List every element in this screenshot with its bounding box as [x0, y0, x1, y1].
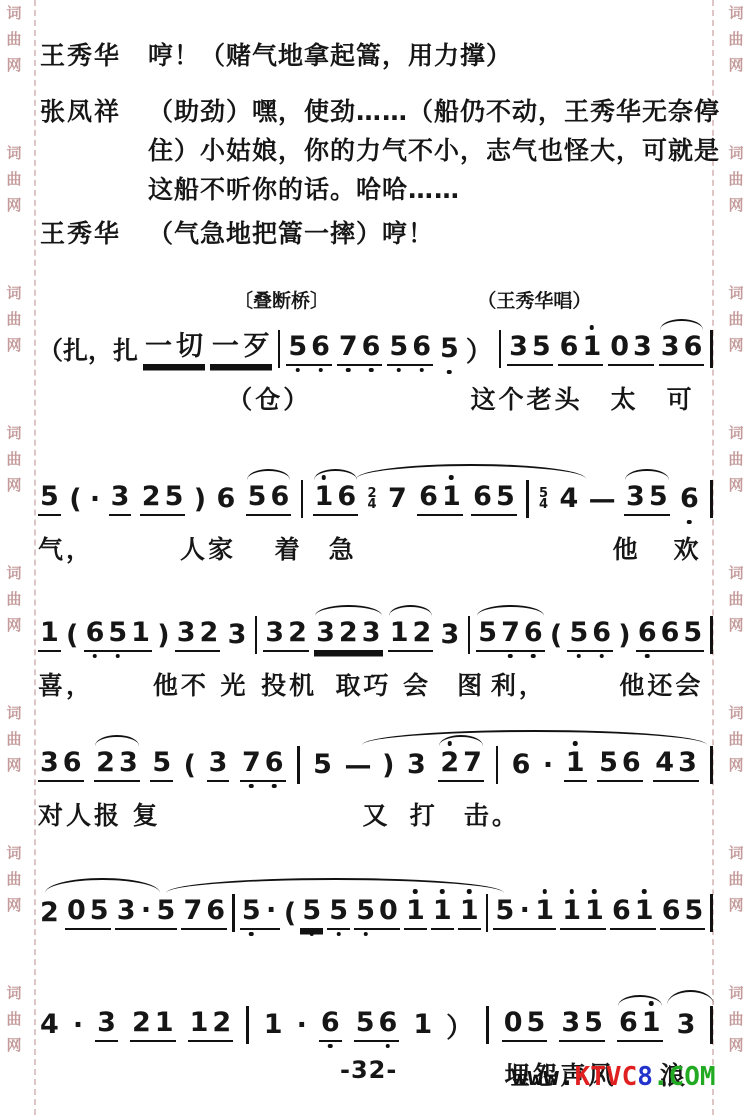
time-signature: 54: [539, 488, 548, 510]
note: 6: [268, 482, 291, 512]
note-group: 3·5: [115, 896, 178, 930]
left-dashed-border: [34, 0, 36, 1115]
note: 6: [659, 618, 682, 648]
dialogue-text: （助劲）嘿，使劲……（船仍不动，王秀华无奈停: [148, 92, 720, 128]
lyric: 图: [457, 666, 485, 702]
note: 5: [494, 482, 517, 512]
note-group: 56: [597, 748, 643, 782]
site-watermark-com: .COM: [653, 1062, 716, 1092]
note-group: 5: [38, 482, 61, 516]
note: 1: [388, 618, 411, 648]
phrase-slur: [356, 464, 586, 479]
note: 5: [300, 896, 323, 926]
note: 0: [65, 896, 88, 926]
note: 3: [624, 482, 647, 512]
note: 一: [143, 332, 174, 362]
note-group: 65: [471, 482, 517, 516]
dialogue-text: 这船不听你的话。哈哈……: [148, 170, 460, 206]
note: ·: [516, 896, 533, 926]
watermark-char: 曲: [728, 866, 743, 892]
note: 3: [207, 748, 230, 778]
note: 0: [377, 896, 400, 926]
note: 0: [502, 1008, 525, 1038]
site-watermark: www.KTVC8.COM: [512, 1062, 716, 1092]
note: 1: [564, 748, 587, 778]
note: 1: [583, 896, 606, 926]
watermark-group: 词曲网: [6, 0, 21, 78]
note: 7: [337, 332, 360, 362]
note-group: 一歹: [210, 332, 272, 366]
note: 3: [675, 1010, 698, 1040]
note-group: 5: [438, 334, 461, 364]
note: 3: [439, 620, 462, 650]
note-group: 6: [214, 484, 237, 514]
barline: [710, 894, 713, 932]
watermark-char: 曲: [6, 26, 21, 52]
lyric: （仓）: [227, 380, 311, 416]
note-group: 03: [608, 332, 654, 366]
note: 6: [610, 896, 633, 926]
parenthesis: ）: [466, 330, 493, 369]
note: 3: [631, 332, 654, 362]
watermark-char: 曲: [728, 726, 743, 752]
sustain-dash: —: [589, 484, 616, 515]
note: 切: [174, 332, 205, 362]
lyric: 对人报: [38, 796, 122, 832]
note: 5: [582, 1008, 605, 1038]
note: 3: [263, 618, 286, 648]
note: 2: [130, 1008, 153, 1038]
barline: [710, 330, 713, 368]
note: 5: [567, 618, 590, 648]
note-group: 5·: [240, 896, 280, 930]
lyric: 着: [275, 530, 303, 566]
note: 1: [533, 896, 556, 926]
note: 5: [240, 896, 263, 926]
note: 3: [360, 618, 383, 648]
note: 5: [647, 482, 670, 512]
note-group: 3: [405, 750, 428, 780]
note: 7: [181, 896, 204, 926]
note-group: 61: [617, 1008, 663, 1042]
note: 5: [163, 482, 186, 512]
watermark-char: 词: [728, 980, 743, 1006]
note-group: 36: [659, 332, 705, 366]
watermark-group: 词曲网: [728, 0, 743, 78]
note: 7: [386, 484, 409, 514]
parenthesis: ): [618, 620, 630, 651]
note-group: 576: [476, 618, 544, 652]
watermark-char: 曲: [728, 26, 743, 52]
note: 5: [286, 332, 309, 362]
note-group: 76: [337, 332, 383, 366]
note: 2: [198, 618, 221, 648]
watermark-char: 曲: [728, 306, 743, 332]
time-signature-digit: 4: [368, 499, 377, 510]
note-group: 35: [624, 482, 670, 516]
note-group: 12: [188, 1008, 234, 1042]
note: 6: [309, 332, 332, 362]
note: 2: [94, 748, 117, 778]
watermark-char: 网: [728, 612, 743, 638]
watermark-char: 词: [6, 840, 21, 866]
watermark-char: 词: [728, 0, 743, 26]
notation-line: 1(651)32332323123576(56)665: [38, 598, 714, 658]
note: 1: [411, 1010, 434, 1040]
barline: [710, 746, 713, 784]
barline: [710, 480, 713, 518]
note: 6: [522, 618, 545, 648]
note: 2: [438, 748, 461, 778]
note-group: 12: [388, 618, 434, 652]
watermark-char: 网: [6, 752, 21, 778]
note-group: 21: [130, 1008, 176, 1042]
note: 1: [640, 1008, 663, 1038]
lyric: 他: [613, 530, 641, 566]
lyrics-line: （仓）这个老头 太 可: [38, 380, 714, 414]
watermark-char: 曲: [728, 166, 743, 192]
dialogue-text: （气急地把篙一摔）哼！: [148, 214, 434, 250]
note: 1: [440, 482, 463, 512]
parenthesis: ): [382, 750, 394, 781]
note-group: 1: [411, 1010, 434, 1040]
barline: [246, 1006, 249, 1044]
speaker-name: 张凤祥: [40, 92, 121, 128]
singer-label: （王秀华唱）: [477, 286, 591, 313]
watermark-char: 网: [728, 752, 743, 778]
note: 6: [214, 484, 237, 514]
barline: [496, 746, 499, 784]
note: 6: [263, 748, 286, 778]
parenthesis: (: [550, 620, 562, 651]
note: 5: [354, 896, 377, 926]
watermark-char: 网: [6, 472, 21, 498]
barline: [468, 616, 471, 654]
watermark-group: 词曲网: [6, 840, 21, 918]
note: 3: [38, 748, 61, 778]
note-group: 7: [386, 484, 409, 514]
site-watermark-8: 8: [637, 1062, 653, 1092]
note: 5: [106, 618, 129, 648]
lyric: 取巧: [335, 666, 391, 702]
watermark-char: 网: [6, 52, 21, 78]
time-signature-digit: 4: [539, 499, 548, 510]
note: 2: [411, 618, 434, 648]
lyric: 人家: [180, 530, 236, 566]
note-group: 6: [319, 1008, 342, 1042]
note-group: 3: [95, 1008, 118, 1042]
phrase-slur: [362, 730, 707, 745]
watermark-char: 网: [6, 892, 21, 918]
lyric: 打: [410, 796, 438, 832]
note-group: 3: [207, 748, 230, 782]
note: 5: [38, 482, 61, 512]
note-group: 76: [240, 748, 286, 782]
note: 4: [653, 748, 676, 778]
note: 3: [405, 750, 428, 780]
watermark-char: 曲: [6, 446, 21, 472]
barline: [710, 1006, 713, 1044]
watermark-char: 曲: [6, 866, 21, 892]
watermark-char: 网: [6, 612, 21, 638]
note: 5: [155, 896, 178, 926]
note: 6: [84, 618, 107, 648]
lyric: 他还会: [619, 666, 703, 702]
note: 7: [499, 618, 522, 648]
note: 7: [461, 748, 484, 778]
note-group: 36: [38, 748, 84, 782]
watermark-char: 曲: [6, 1006, 21, 1032]
parenthesis: (: [69, 484, 81, 515]
note-group: 61: [610, 896, 656, 930]
note: 6: [471, 482, 494, 512]
watermark-char: 曲: [728, 1006, 743, 1032]
note-group: 1: [38, 618, 61, 652]
note: 5: [327, 896, 350, 926]
parenthesis: (: [284, 898, 296, 929]
sheet-music-page: 词曲网词曲网词曲网词曲网词曲网词曲网词曲网词曲网 词曲网词曲网词曲网词曲网词曲网…: [0, 0, 750, 1115]
parenthesis: ): [194, 484, 206, 515]
score-system-1: 〔叠断桥〕（王秀华唱）（扎，扎一切一歹5676565）35610336（仓）这个…: [38, 312, 714, 414]
note: 歹: [241, 332, 272, 362]
watermark-char: 词: [728, 140, 743, 166]
lyric: 利，: [491, 666, 547, 702]
note-group: 27: [438, 748, 484, 782]
watermark-char: 网: [728, 472, 743, 498]
note: 6: [417, 482, 440, 512]
note: 6: [510, 750, 533, 780]
watermark-char: 曲: [6, 726, 21, 752]
phrase-slur: [45, 878, 160, 893]
score-system-2: 5(·325)656162476165544—356气，人家着急他欢: [38, 462, 714, 564]
speaker-name: 王秀华: [40, 214, 121, 250]
note: ·: [263, 896, 280, 926]
note-group: 5·1: [493, 896, 556, 930]
site-watermark-ktvc: KTVC: [575, 1062, 638, 1092]
watermark-char: 词: [6, 560, 21, 586]
note-group: 61: [558, 332, 604, 366]
note: 6: [204, 896, 227, 926]
note-group: 35: [507, 332, 553, 366]
tune-name-label: 〔叠断桥〕: [234, 286, 329, 313]
barline: [486, 1006, 489, 1044]
note-group: 50: [354, 896, 400, 930]
note-group: 5: [300, 896, 323, 930]
watermark-group: 词曲网: [6, 980, 21, 1058]
parenthesis: ）: [446, 1006, 473, 1045]
note: 5: [476, 618, 499, 648]
dialogue-text: 哼！（赌气地拿起篙，用力撑）: [148, 36, 512, 72]
note: 7: [240, 748, 263, 778]
note: 4: [557, 484, 580, 514]
note: 3: [559, 1008, 582, 1038]
note: 5: [597, 748, 620, 778]
score-system-5: 2053·5765·(55501115·1116165: [38, 876, 714, 936]
note: 2: [38, 898, 61, 928]
watermark-group: 词曲网: [728, 140, 743, 218]
augmentation-dot: ·: [90, 484, 100, 515]
note: 1: [153, 1008, 176, 1038]
note-group: 05: [65, 896, 111, 930]
note: 3: [115, 896, 138, 926]
watermark-group: 词曲网: [728, 420, 743, 498]
note-group: 35: [559, 1008, 605, 1042]
note-group: 3: [439, 620, 462, 650]
note: 5: [88, 896, 111, 926]
barline: [526, 480, 529, 518]
score-system-4: 36235(3765—)3276·15643对人报复又打击。: [38, 728, 714, 830]
note-group: 1: [431, 896, 454, 930]
watermark-char: 词: [6, 0, 21, 26]
note-group: 25: [140, 482, 186, 516]
watermark-group: 词曲网: [6, 700, 21, 778]
note: 1: [560, 896, 583, 926]
score-system-3: 1(651)32332323123576(56)665喜，他不光投机取巧会图利，…: [38, 598, 714, 700]
note: 3: [676, 748, 699, 778]
watermark-char: 网: [728, 52, 743, 78]
note-group: 3: [675, 1010, 698, 1040]
watermark-char: 曲: [728, 446, 743, 472]
phrase-slur: [667, 990, 714, 1005]
note-group: 56: [567, 618, 613, 652]
watermark-char: 词: [728, 420, 743, 446]
note: 3: [659, 332, 682, 362]
right-side-watermark: 词曲网词曲网词曲网词曲网词曲网词曲网词曲网词曲网: [725, 0, 747, 1115]
lyric: 欢: [673, 530, 701, 566]
note: 1: [580, 332, 603, 362]
parenthesis: ): [157, 620, 169, 651]
note: 3: [226, 620, 249, 650]
note-group: 5: [311, 750, 334, 780]
lyric: 这个老头 太 可: [471, 380, 695, 416]
note: 4: [38, 1010, 61, 1040]
note: 1: [431, 896, 454, 926]
note: 6: [682, 332, 705, 362]
speaker-name: 王秀华: [40, 36, 121, 72]
note-group: 6: [510, 750, 533, 780]
barline: [486, 894, 489, 932]
left-side-watermark: 词曲网词曲网词曲网词曲网词曲网词曲网词曲网词曲网: [3, 0, 25, 1115]
note: 5: [311, 750, 334, 780]
note: 3: [507, 332, 530, 362]
watermark-group: 词曲网: [728, 560, 743, 638]
phrase-slur: [166, 878, 504, 893]
note: 3: [109, 482, 132, 512]
note: 6: [590, 618, 613, 648]
notation-line: 36235(3765—)3276·15643: [38, 728, 714, 788]
watermark-char: 曲: [6, 306, 21, 332]
watermark-group: 词曲网: [728, 700, 743, 778]
note: 1: [188, 1008, 211, 1038]
note-group: 5: [327, 896, 350, 930]
notation-line: 5(·325)656162476165544—356: [38, 462, 714, 522]
note-group: 1: [564, 748, 587, 782]
note: 一: [210, 332, 241, 362]
note-group: 43: [653, 748, 699, 782]
note-group: 5: [150, 748, 173, 782]
watermark-char: 词: [6, 140, 21, 166]
note-group: 651: [84, 618, 152, 652]
notation-line: 4·321121·6561）0535613: [38, 988, 714, 1048]
watermark-group: 词曲网: [728, 980, 743, 1058]
note: 2: [337, 618, 360, 648]
note-group: 23: [94, 748, 140, 782]
note: 5: [530, 332, 553, 362]
site-watermark-www: www.: [512, 1062, 575, 1092]
note: 6: [617, 1008, 640, 1038]
note-group: 2: [38, 898, 61, 928]
note-group: 05: [502, 1008, 548, 1042]
note: 2: [140, 482, 163, 512]
barline: [278, 330, 281, 368]
note: 6: [410, 332, 433, 362]
note: 6: [558, 332, 581, 362]
note-group: 6: [678, 484, 701, 514]
note-group: 323: [314, 618, 382, 652]
watermark-char: 网: [6, 192, 21, 218]
note-group: 76: [181, 896, 227, 930]
lyric: 投机: [261, 666, 317, 702]
dialogue-text: 住）小姑娘，你的力气不小，志气也怪大，可就是: [148, 131, 720, 167]
note-group: 56: [387, 332, 433, 366]
note: 0: [608, 332, 631, 362]
watermark-char: 词: [728, 840, 743, 866]
watermark-char: 词: [728, 700, 743, 726]
watermark-char: 网: [728, 1032, 743, 1058]
lyric: 他不: [153, 666, 209, 702]
notation-line: 2053·5765·(55501115·1116165: [38, 876, 714, 936]
augmentation-dot: ·: [297, 1010, 307, 1041]
watermark-char: 网: [728, 892, 743, 918]
note-group: 3: [109, 482, 132, 516]
note: 5: [683, 896, 706, 926]
watermark-char: 网: [6, 1032, 21, 1058]
note-group: 61: [417, 482, 463, 516]
lyric: 气，: [38, 530, 94, 566]
percussion-text: （扎，扎: [38, 331, 138, 367]
note: 6: [678, 484, 701, 514]
watermark-group: 词曲网: [6, 420, 21, 498]
note-group: 1: [458, 896, 481, 930]
note: 3: [175, 618, 198, 648]
note: 1: [458, 896, 481, 926]
note: 1: [262, 1010, 285, 1040]
note: 5: [354, 1008, 377, 1038]
note: 6: [319, 1008, 342, 1038]
watermark-char: 网: [728, 192, 743, 218]
note: 6: [335, 482, 358, 512]
watermark-char: 词: [728, 280, 743, 306]
note: 2: [286, 618, 309, 648]
lyric: 又: [362, 796, 390, 832]
note: 3: [117, 748, 140, 778]
lyrics-line: 气，人家着急他欢: [38, 530, 714, 564]
sustain-dash: —: [345, 750, 372, 781]
note-group: 665: [636, 618, 704, 652]
note: 5: [681, 618, 704, 648]
watermark-group: 词曲网: [6, 140, 21, 218]
watermark-char: 网: [6, 332, 21, 358]
note-group: 1: [404, 896, 427, 930]
note-group: 56: [354, 1008, 400, 1042]
note: 6: [360, 332, 383, 362]
note-group: 4: [38, 1010, 61, 1040]
note-group: 4: [557, 484, 580, 514]
lyric: 喜，: [38, 666, 94, 702]
note: 5: [438, 334, 461, 364]
note-group: 65: [660, 896, 706, 930]
notation-line: （扎，扎一切一歹5676565）35610336: [38, 312, 714, 372]
